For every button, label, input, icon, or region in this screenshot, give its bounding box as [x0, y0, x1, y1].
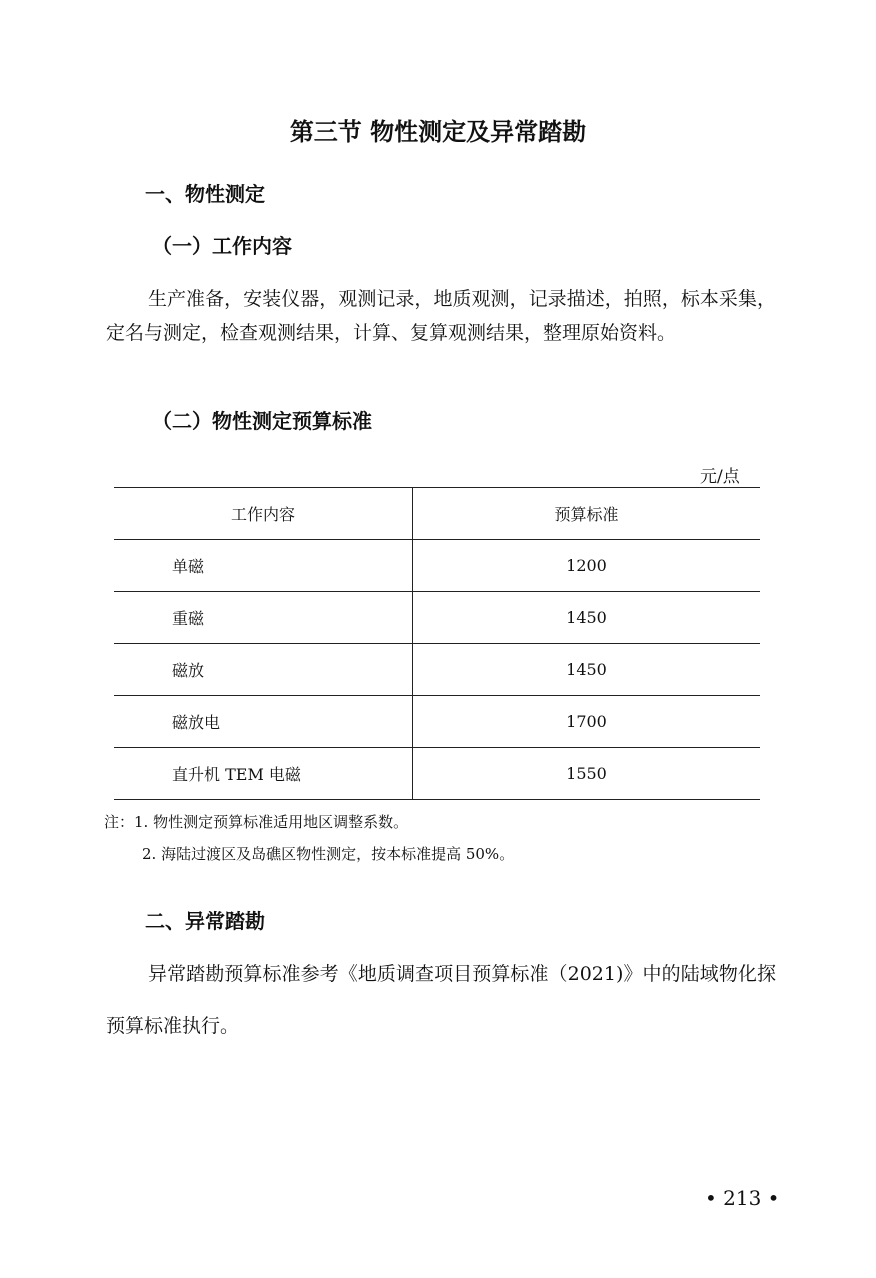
cell-value: 1450	[413, 644, 761, 696]
anomaly-survey-paragraph: 异常踏勘预算标准参考《地质调查项目预算标准（2021)》中的陆域物化探预算标准执…	[106, 948, 776, 1052]
subheading-work-content: （一）工作内容	[152, 230, 292, 259]
table-notes: 注：1. 物性测定预算标准适用地区调整系数。 2. 海陆过渡区及岛礁区物性测定，…	[104, 806, 514, 870]
table-unit: 元/点	[700, 462, 740, 487]
budget-table: 工作内容 预算标准 单磁 1200 重磁 1450 磁放 1450 磁放电 17…	[114, 487, 760, 800]
header-budget: 预算标准	[413, 488, 761, 540]
cell-value: 1450	[413, 592, 761, 644]
cell-item: 磁放电	[114, 696, 413, 748]
subheading-budget-standard: （二）物性测定预算标准	[152, 405, 372, 434]
header-work-content: 工作内容	[114, 488, 413, 540]
note-2: 2. 海陆过渡区及岛礁区物性测定，按本标准提高 50%。	[104, 838, 514, 870]
heading-anomaly-survey: 二、异常踏勘	[145, 905, 265, 934]
page-number: • 213 •	[705, 1186, 779, 1210]
work-content-paragraph: 生产准备，安装仪器，观测记录，地质观测，记录描述，拍照，标本采集，定名与测定，检…	[106, 282, 776, 350]
section-title: 第三节 物性测定及异常踏勘	[0, 112, 876, 147]
note-1: 注：1. 物性测定预算标准适用地区调整系数。	[104, 806, 514, 838]
cell-item: 重磁	[114, 592, 413, 644]
cell-item: 单磁	[114, 540, 413, 592]
table-header-row: 工作内容 预算标准	[114, 488, 760, 540]
table-row: 磁放 1450	[114, 644, 760, 696]
cell-value: 1200	[413, 540, 761, 592]
table-row: 直升机 TEM 电磁 1550	[114, 748, 760, 800]
heading-physical-property: 一、物性测定	[145, 178, 265, 207]
table-row: 单磁 1200	[114, 540, 760, 592]
cell-item: 磁放	[114, 644, 413, 696]
table-row: 磁放电 1700	[114, 696, 760, 748]
cell-item: 直升机 TEM 电磁	[114, 748, 413, 800]
cell-value: 1700	[413, 696, 761, 748]
table-row: 重磁 1450	[114, 592, 760, 644]
cell-value: 1550	[413, 748, 761, 800]
